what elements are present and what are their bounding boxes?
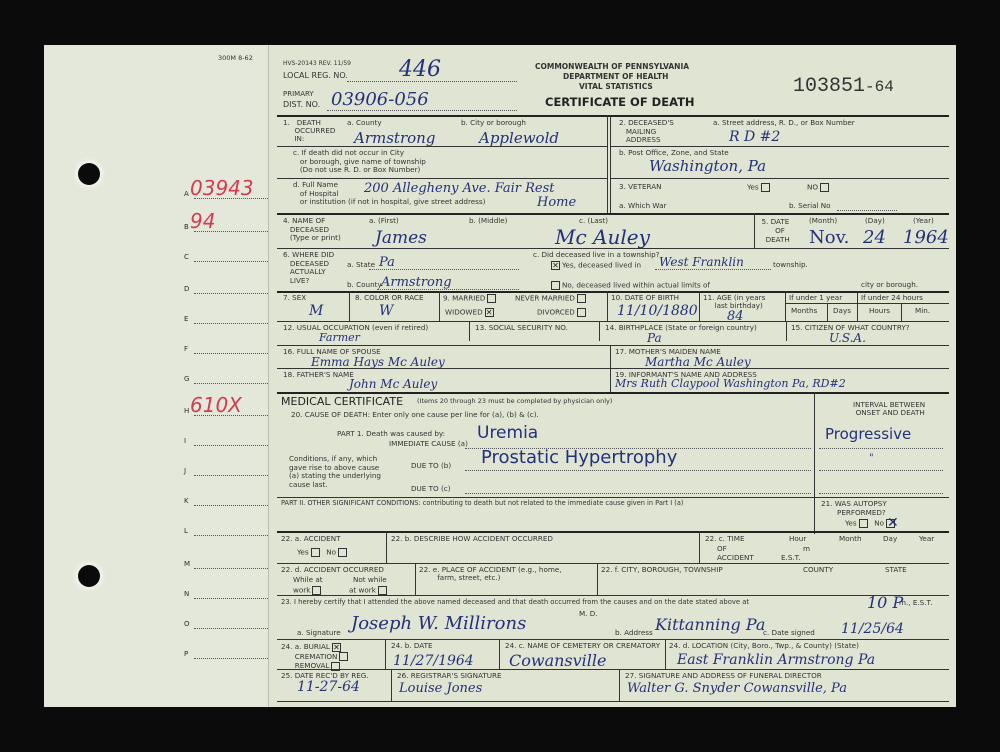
ssn-label: 13. SOCIAL SECURITY NO. [475,324,568,332]
disposition-options: 24. a. BURIAL✕ CREMATION REMOVAL [281,642,350,671]
funeral-director-label: 27. SIGNATURE AND ADDRESS OF FUNERAL DIR… [625,672,822,680]
death-county-value: Armstrong [354,129,435,147]
under-1-year-label: If under 1 year [789,294,842,302]
registrar-signature-value: Louise Jones [399,681,482,696]
burial-checkbox[interactable]: ✕ [332,643,341,652]
md-label: M. D. [579,610,598,618]
burial-date-value: 11/27/1964 [393,653,474,669]
township-yes-row: ✕Yes, deceased lived in [549,261,641,270]
part1-label: PART 1. Death was caused by: [337,430,445,438]
accident-describe-label: 22. b. DESCRIBE HOW ACCIDENT OCCURRED [391,535,553,543]
under-24-hours-label: If under 24 hours [861,294,923,302]
stub-row-letter: P [184,650,188,658]
stub-row-value: 03943 [190,176,254,200]
county-label: a. County [347,119,382,127]
burial-date-label: 24. b. DATE [391,642,433,650]
date-received-value: 11-27-64 [297,679,360,695]
physician-address-label: b. Address [615,629,653,637]
year-label: (Year) [913,217,934,225]
due-to-b-value: Prostatic Hypertrophy [481,447,677,468]
death-time-value: 10 P [867,593,903,612]
hours-label: Hours [869,307,890,315]
autopsy-options: Yes No✕ [845,519,897,528]
punch-hole-top [78,163,100,185]
residence-state-label: a. State [347,261,375,269]
agency-line-3: VITAL STATISTICS [579,83,653,91]
agency-line-1: COMMONWEALTH OF PENNSYLVANIA [535,63,689,71]
veteran-no-checkbox[interactable] [820,183,829,192]
occupation-value: Farmer [319,331,360,344]
primary-label: PRIMARY [283,91,314,99]
stub-row-letter: O [184,620,190,628]
stub-row-letter: G [184,375,189,383]
township-value: West Franklin [659,255,744,269]
township-question: c. Did deceased live in a township? [533,251,659,259]
death-city-value: Applewold [479,129,559,147]
burial-location-value: East Franklin Armstrong Pa [677,652,875,668]
death-month-value: Nov. [809,227,849,248]
stub-row-letter: J [184,467,186,475]
item6-label: 6. WHERE DID DECEASED ACTUALLY LIVE? [283,251,334,286]
death-year-value: 1964 [903,227,949,248]
citizenship-value: U.S.A. [829,331,866,345]
birthdate-label: 10. DATE OF BIRTH [611,294,679,302]
interval-a-value: Progressive [825,425,911,443]
autopsy-no-checkbox[interactable]: ✕ [886,519,895,528]
serial-label: b. Serial No [789,202,831,210]
informant-value: Mrs Ruth Claypool Washington Pa, RD#2 [615,377,846,390]
dist-no-value: 03906-056 [331,89,429,110]
sex-value: M [309,303,323,319]
cremation-checkbox[interactable] [339,652,348,661]
interval-b-value: " [869,453,874,464]
medical-cert-subtitle: (Items 20 through 23 must be completed b… [417,398,612,405]
month-label: (Month) [809,217,837,225]
stub-row-letter: E [184,315,188,323]
race-label: 8. COLOR OR RACE [355,294,424,302]
days-label: Days [833,307,851,315]
conditions-label: Conditions, if any, whichgave rise to ab… [289,455,381,490]
first-name-value: James [375,228,427,248]
married-checkbox[interactable] [487,294,496,303]
item1-label: 1. DEATH OCCURRED IN: [283,119,335,143]
accident-no-checkbox[interactable] [338,548,347,557]
spouse-value: Emma Hays Mc Auley [311,355,445,369]
last-name-label: c. (Last) [579,217,608,225]
veteran-no: NO [807,183,831,192]
stub-row-letter: I [184,437,186,445]
not-at-work-checkbox[interactable] [378,586,387,595]
residence-county-label: b. County [347,281,382,289]
interval-label: INTERVAL BETWEEN ONSET AND DEATH [853,401,925,417]
stub-row-letter: D [184,285,189,293]
father-value: John Mc Auley [349,377,437,391]
veteran-label: 3. VETERAN [619,183,662,191]
months-label: Months [791,307,817,315]
birthdate-value: 11/10/1880 [617,303,698,319]
township-no-row: No, deceased lived within actual limits … [549,281,710,290]
widowed-option: WIDOWED✕ [445,308,496,317]
accident-state-label: STATE [885,566,907,574]
father-label: 18. FATHER'S NAME [283,371,354,379]
local-reg-label: LOCAL REG. NO. [283,72,348,81]
dist-no-label: DIST. NO. [283,101,320,110]
accident-county-label: COUNTY [803,566,833,574]
stub-form-code: 300M 8-62 [218,55,253,62]
stub-row-letter: L [184,527,188,535]
mother-maiden-value: Martha Mc Auley [645,355,751,369]
accident-label: 22. a. ACCIDENT [281,535,340,543]
autopsy-yes-checkbox[interactable] [859,519,868,528]
place-of-accident-label: 22. e. PLACE OF ACCIDENT (e.g., home, fa… [419,566,562,582]
autopsy-label: 21. WAS AUTOPSY [821,500,887,508]
middle-name-label: b. (Middle) [469,217,507,225]
stub-row-value: 610X [190,393,242,417]
stub-row-letter: M [184,560,190,568]
which-war-label: a. Which War [619,202,666,210]
immediate-cause-label: IMMEDIATE CAUSE (a) [389,440,468,448]
township-label: c. If death did not occur in City or bor… [293,149,426,175]
city-borough-suffix: city or borough. [861,281,918,289]
township-no-checkbox[interactable] [551,281,560,290]
accident-time-label: 22. c. TIME [705,535,745,543]
stub-row-letter: F [184,345,188,353]
township-yes-checkbox[interactable]: ✕ [551,261,560,270]
city-label: b. City or borough [461,119,526,127]
time-suffix: m., E.S.T. [899,599,932,607]
birthplace-label: 14. BIRTHPLACE (State or foreign country… [605,324,757,332]
divorced-checkbox[interactable] [577,308,586,317]
not-at-work: at work [349,586,389,595]
due-to-c-label: DUE TO (c) [411,485,451,493]
hospital-value: 200 Allegheny Ave. Fair Rest [364,181,555,196]
stub-row-letter: B [184,223,189,231]
physician-address-value: Kittanning Pa [655,615,765,634]
part2-label: PART II. OTHER SIGNIFICANT CONDITIONS: c… [281,500,683,507]
mailing-po-value: Washington, Pa [649,157,766,175]
autopsy-performed-label: PERFORMED? [837,509,886,517]
immediate-cause-value: Uremia [477,423,538,443]
physician-signature-label: a. Signature [297,629,341,637]
widowed-checkbox[interactable]: ✕ [485,308,494,317]
agency-line-2: DEPARTMENT OF HEALTH [563,73,668,81]
item2-label: 2. DECEASED'S MAILING ADDRESS [619,119,674,145]
medical-cert-title: MEDICAL CERTIFICATE [281,395,403,408]
registrar-signature-label: 26. REGISTRAR'S SIGNATURE [397,672,502,680]
last-name-value: Mc Auley [555,225,650,249]
death-day-value: 24 [863,227,886,248]
certify-statement: 23. I hereby certify that I attended the… [281,599,749,606]
physician-signature-value: Joseph W. Millirons [351,613,526,634]
funeral-director-value: Walter G. Snyder Cowansville, Pa [627,681,847,696]
certificate-number: 103851-64 [793,75,894,98]
burial-location-label: 24. d. LOCATION (City, Boro., Twp., & Co… [669,642,859,650]
cemetery-value: Cowansville [509,651,606,670]
form-revision: HVS-20143 REV. 11/59 [283,61,351,68]
age-label: 11. AGE (in years last birthday) [703,294,765,310]
cemetery-label: 24. c. NAME OF CEMETERY OR CREMATORY [505,642,660,650]
accident-yes-checkbox[interactable] [311,548,320,557]
married-option: 9. MARRIED [443,294,498,303]
accident-city-label: 22. f. CITY, BOROUGH, TOWNSHIP [601,566,723,574]
po-label: b. Post Office, Zone, and State [619,149,729,157]
accident-options: Yes No [297,548,349,557]
residence-state-value: Pa [379,255,395,270]
due-to-b-label: DUE TO (b) [411,462,451,470]
stub-row-letter: A [184,190,189,198]
hospital-value-2: Home [537,195,576,210]
veteran-yes-checkbox[interactable] [761,183,770,192]
while-at-work-checkbox[interactable] [312,586,321,595]
stub-panel: 300M 8-62 A03943B94CDEFGH610XIJKLMNOP [44,45,269,707]
item5-label: 5. DATE OF DEATH [761,217,790,244]
stub-row-letter: N [184,590,189,598]
street-label: a. Street address, R. D., or Box Number [713,119,855,127]
residence-county-value: Armstrong [381,275,452,290]
stub-row-letter: H [184,407,189,415]
township-suffix: township. [773,261,808,269]
certificate-title: CERTIFICATE OF DEATH [545,95,695,109]
day-label: (Day) [865,217,885,225]
date-signed-label: c. Date signed [763,629,815,637]
item4-label: 4. NAME OF DECEASED (Type or print) [283,217,341,243]
birthplace-value: Pa [647,331,662,345]
sex-label: 7. SEX [283,294,306,302]
race-value: W [379,303,393,319]
cause-of-death-label: 20. CAUSE OF DEATH: Enter only one cause… [291,411,539,419]
local-reg-value: 446 [399,57,441,82]
stub-row-letter: K [184,497,189,505]
while-at-work: work [293,586,323,595]
stub-row-value: 94 [190,209,215,233]
veteran-yes: Yes [747,183,772,192]
accident-occurred-label: 22. d. ACCIDENT OCCURRED [281,566,384,574]
min-label: Min. [915,307,930,315]
never-married-checkbox[interactable] [577,294,586,303]
never-married-option: NEVER MARRIED [515,294,588,303]
first-name-label: a. (First) [369,217,399,225]
mailing-street-value: R D #2 [729,129,780,145]
death-certificate-form: HVS-20143 REV. 11/59 LOCAL REG. NO. 446 … [269,45,956,707]
date-signed-value: 11/25/64 [841,621,904,637]
divorced-option: DIVORCED [537,308,588,317]
punch-hole-bottom [78,565,100,587]
stub-row-letter: C [184,253,189,261]
